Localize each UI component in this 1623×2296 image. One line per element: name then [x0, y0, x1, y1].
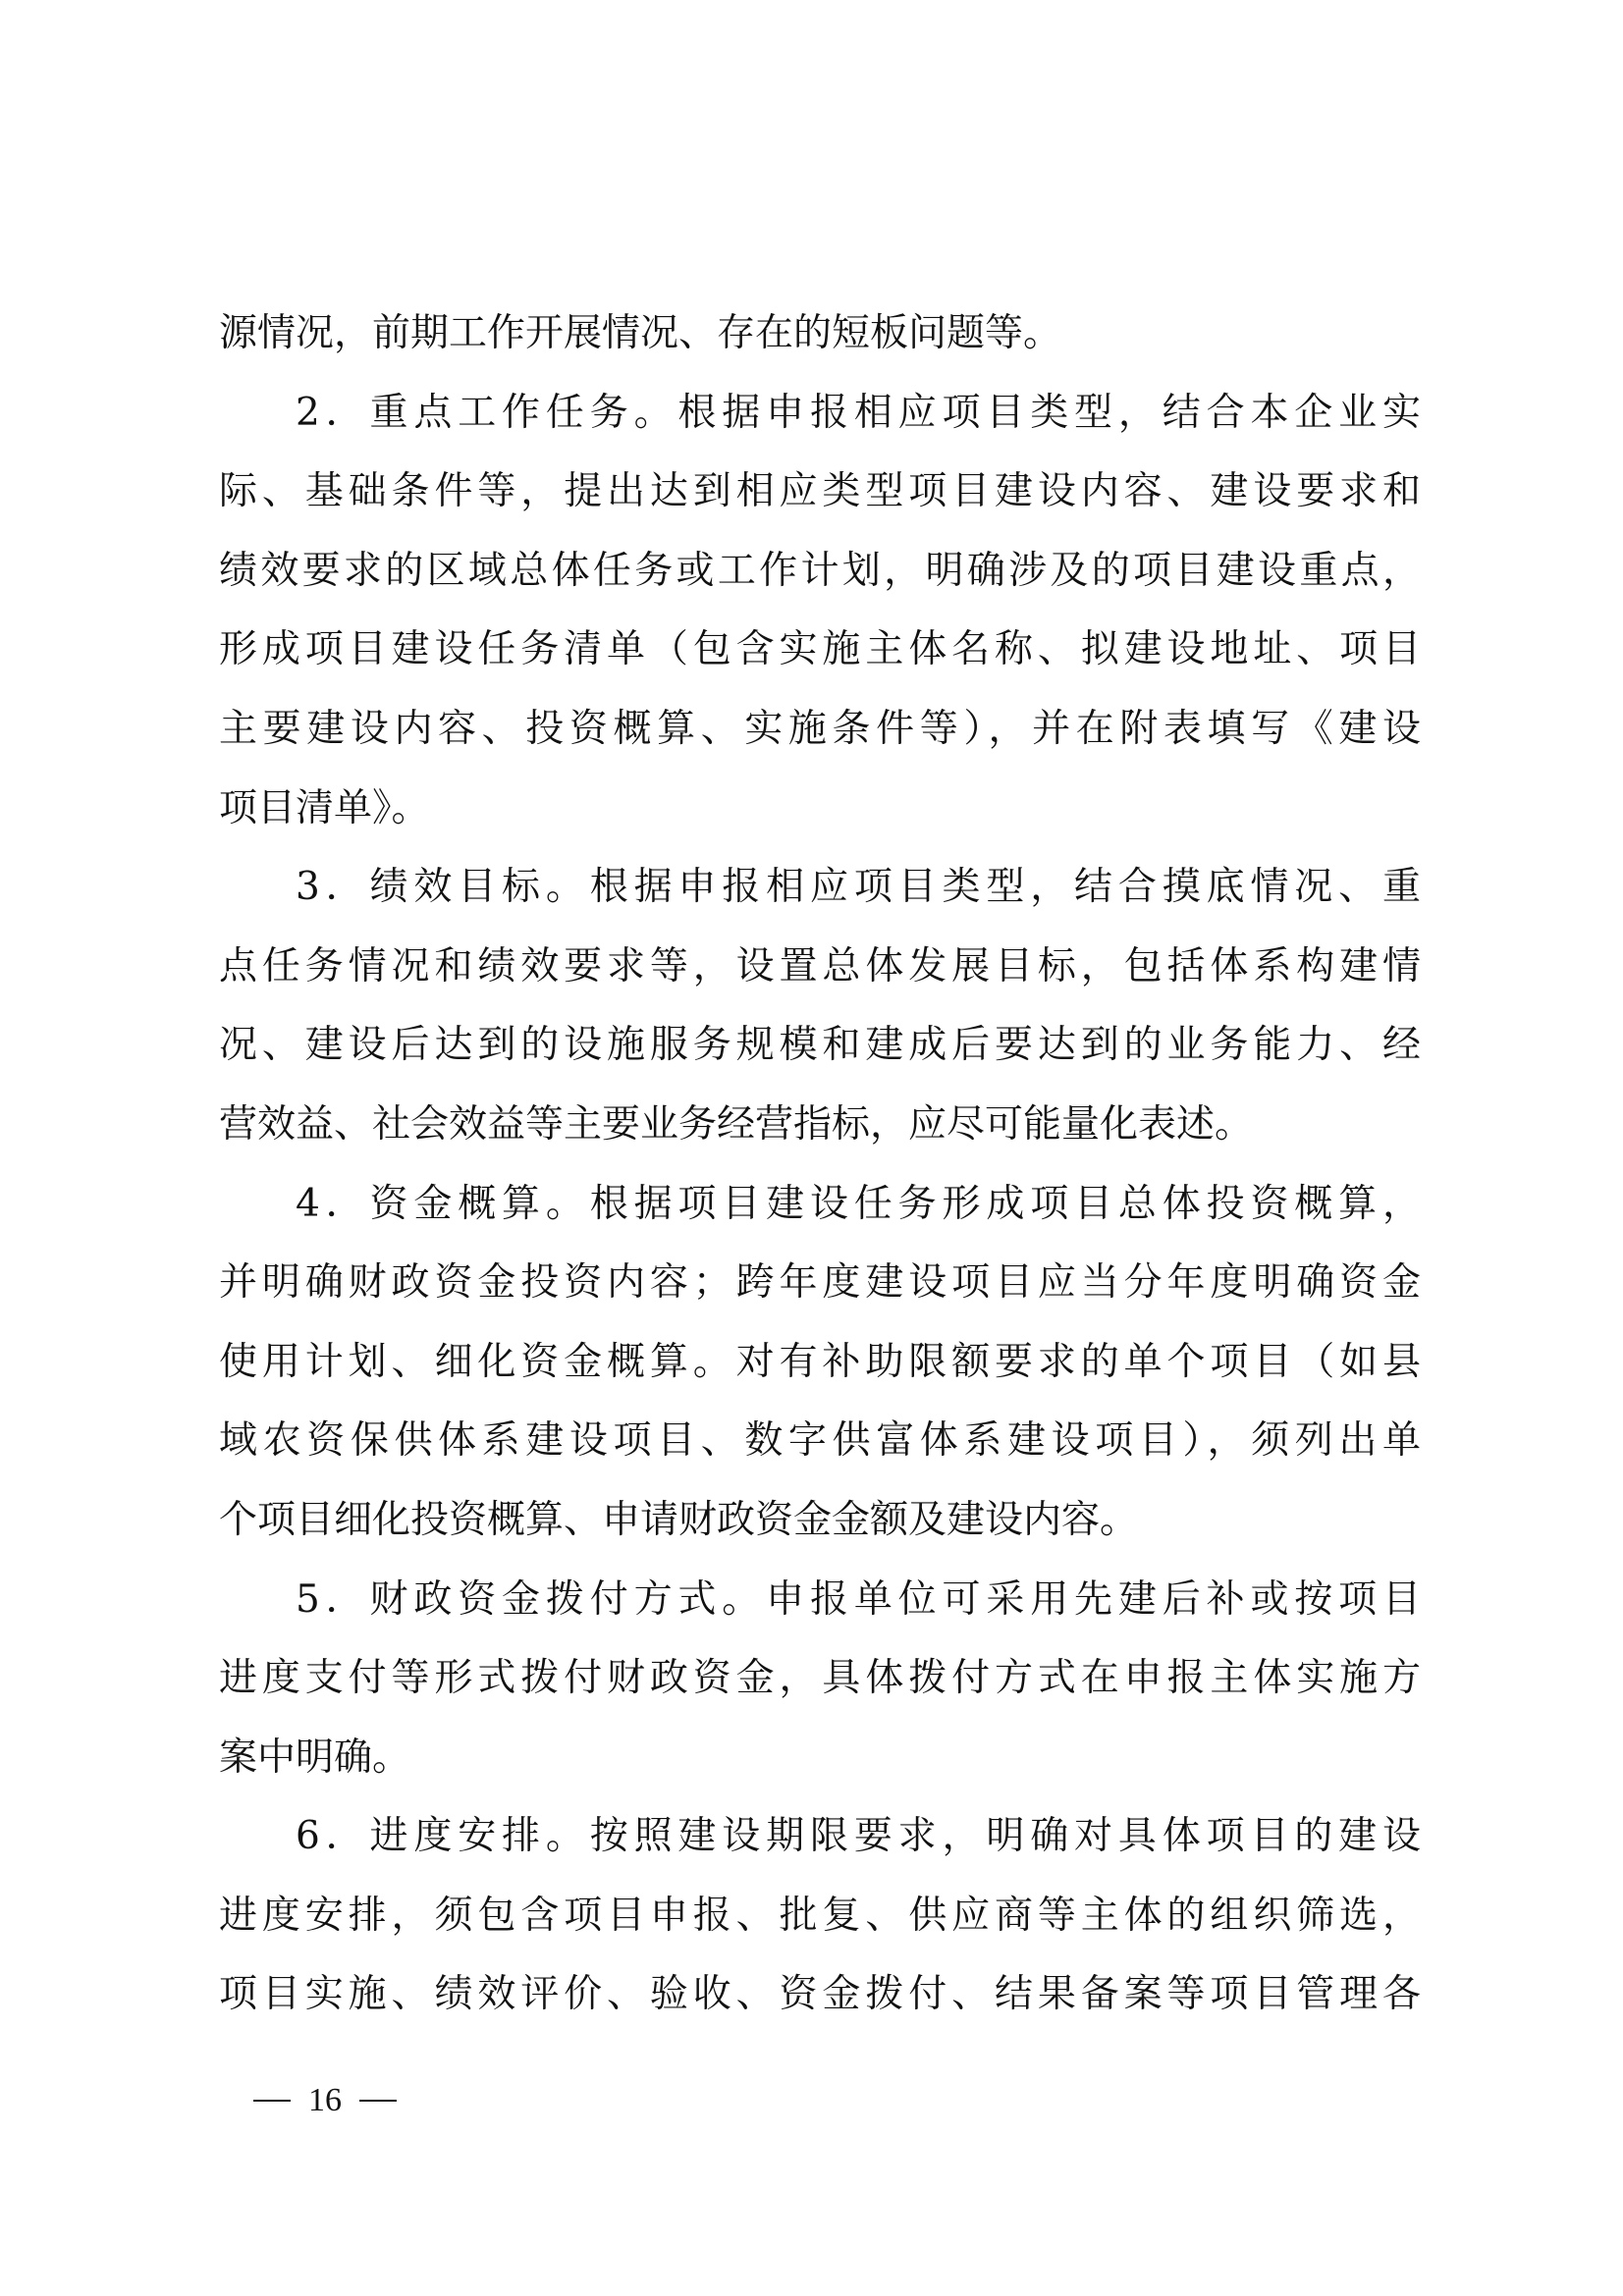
paragraph-line: 进度安排，须包含项目申报、批复、供应商等主体的组织筛选，	[219, 1877, 1421, 1956]
paragraph-line: 案中明确。	[219, 1719, 1421, 1798]
paragraph-heading-line: 3．绩效目标。根据申报相应项目类型，结合摸底情况、重	[219, 848, 1421, 928]
page-footer: 16	[253, 2076, 397, 2125]
paragraph-line: 点任务情况和绩效要求等，设置总体发展目标，包括体系构建情	[219, 928, 1421, 1007]
paragraph-line: 项目清单》。	[219, 770, 1421, 849]
paragraph-line: 形成项目建设任务清单（包含实施主体名称、拟建设地址、项目	[219, 611, 1421, 690]
paragraph-line: 绩效要求的区域总体任务或工作计划，明确涉及的项目建设重点，	[219, 532, 1421, 612]
paragraph-line: 项目实施、绩效评价、验收、资金拨付、结果备案等项目管理各	[219, 1955, 1421, 2035]
paragraph-heading-line: 5．财政资金拨付方式。申报单位可采用先建后补或按项目	[219, 1561, 1421, 1640]
dash-right-icon	[359, 2100, 397, 2102]
page-number: 16	[308, 2076, 342, 2125]
paragraph-line: 主要建设内容、投资概算、实施条件等），并在附表填写《建设	[219, 690, 1421, 770]
paragraph-heading-line: 2．重点工作任务。根据申报相应项目类型，结合本企业实	[219, 374, 1421, 454]
paragraph-heading-line: 4．资金概算。根据项目建设任务形成项目总体投资概算，	[219, 1165, 1421, 1245]
paragraph-line: 使用计划、细化资金概算。对有补助限额要求的单个项目（如县	[219, 1323, 1421, 1403]
paragraph-line: 进度支付等形式拨付财政资金，具体拨付方式在申报主体实施方	[219, 1639, 1421, 1719]
paragraph-line: 个项目细化投资概算、申请财政资金金额及建设内容。	[219, 1481, 1421, 1561]
body-text: 源情况，前期工作开展情况、存在的短板问题等。 2．重点工作任务。根据申报相应项目…	[219, 294, 1421, 2035]
paragraph-line: 域农资保供体系建设项目、数字供富体系建设项目），须列出单	[219, 1402, 1421, 1481]
dash-left-icon	[253, 2100, 291, 2102]
paragraph-line: 源情况，前期工作开展情况、存在的短板问题等。	[219, 294, 1421, 374]
paragraph-line: 并明确财政资金投资内容；跨年度建设项目应当分年度明确资金	[219, 1244, 1421, 1323]
document-page: 源情况，前期工作开展情况、存在的短板问题等。 2．重点工作任务。根据申报相应项目…	[0, 0, 1623, 2296]
paragraph-line: 际、基础条件等，提出达到相应类型项目建设内容、建设要求和	[219, 453, 1421, 532]
paragraph-line: 营效益、社会效益等主要业务经营指标，应尽可能量化表述。	[219, 1086, 1421, 1165]
paragraph-heading-line: 6．进度安排。按照建设期限要求，明确对具体项目的建设	[219, 1797, 1421, 1877]
paragraph-line: 况、建设后达到的设施服务规模和建成后要达到的业务能力、经	[219, 1006, 1421, 1086]
